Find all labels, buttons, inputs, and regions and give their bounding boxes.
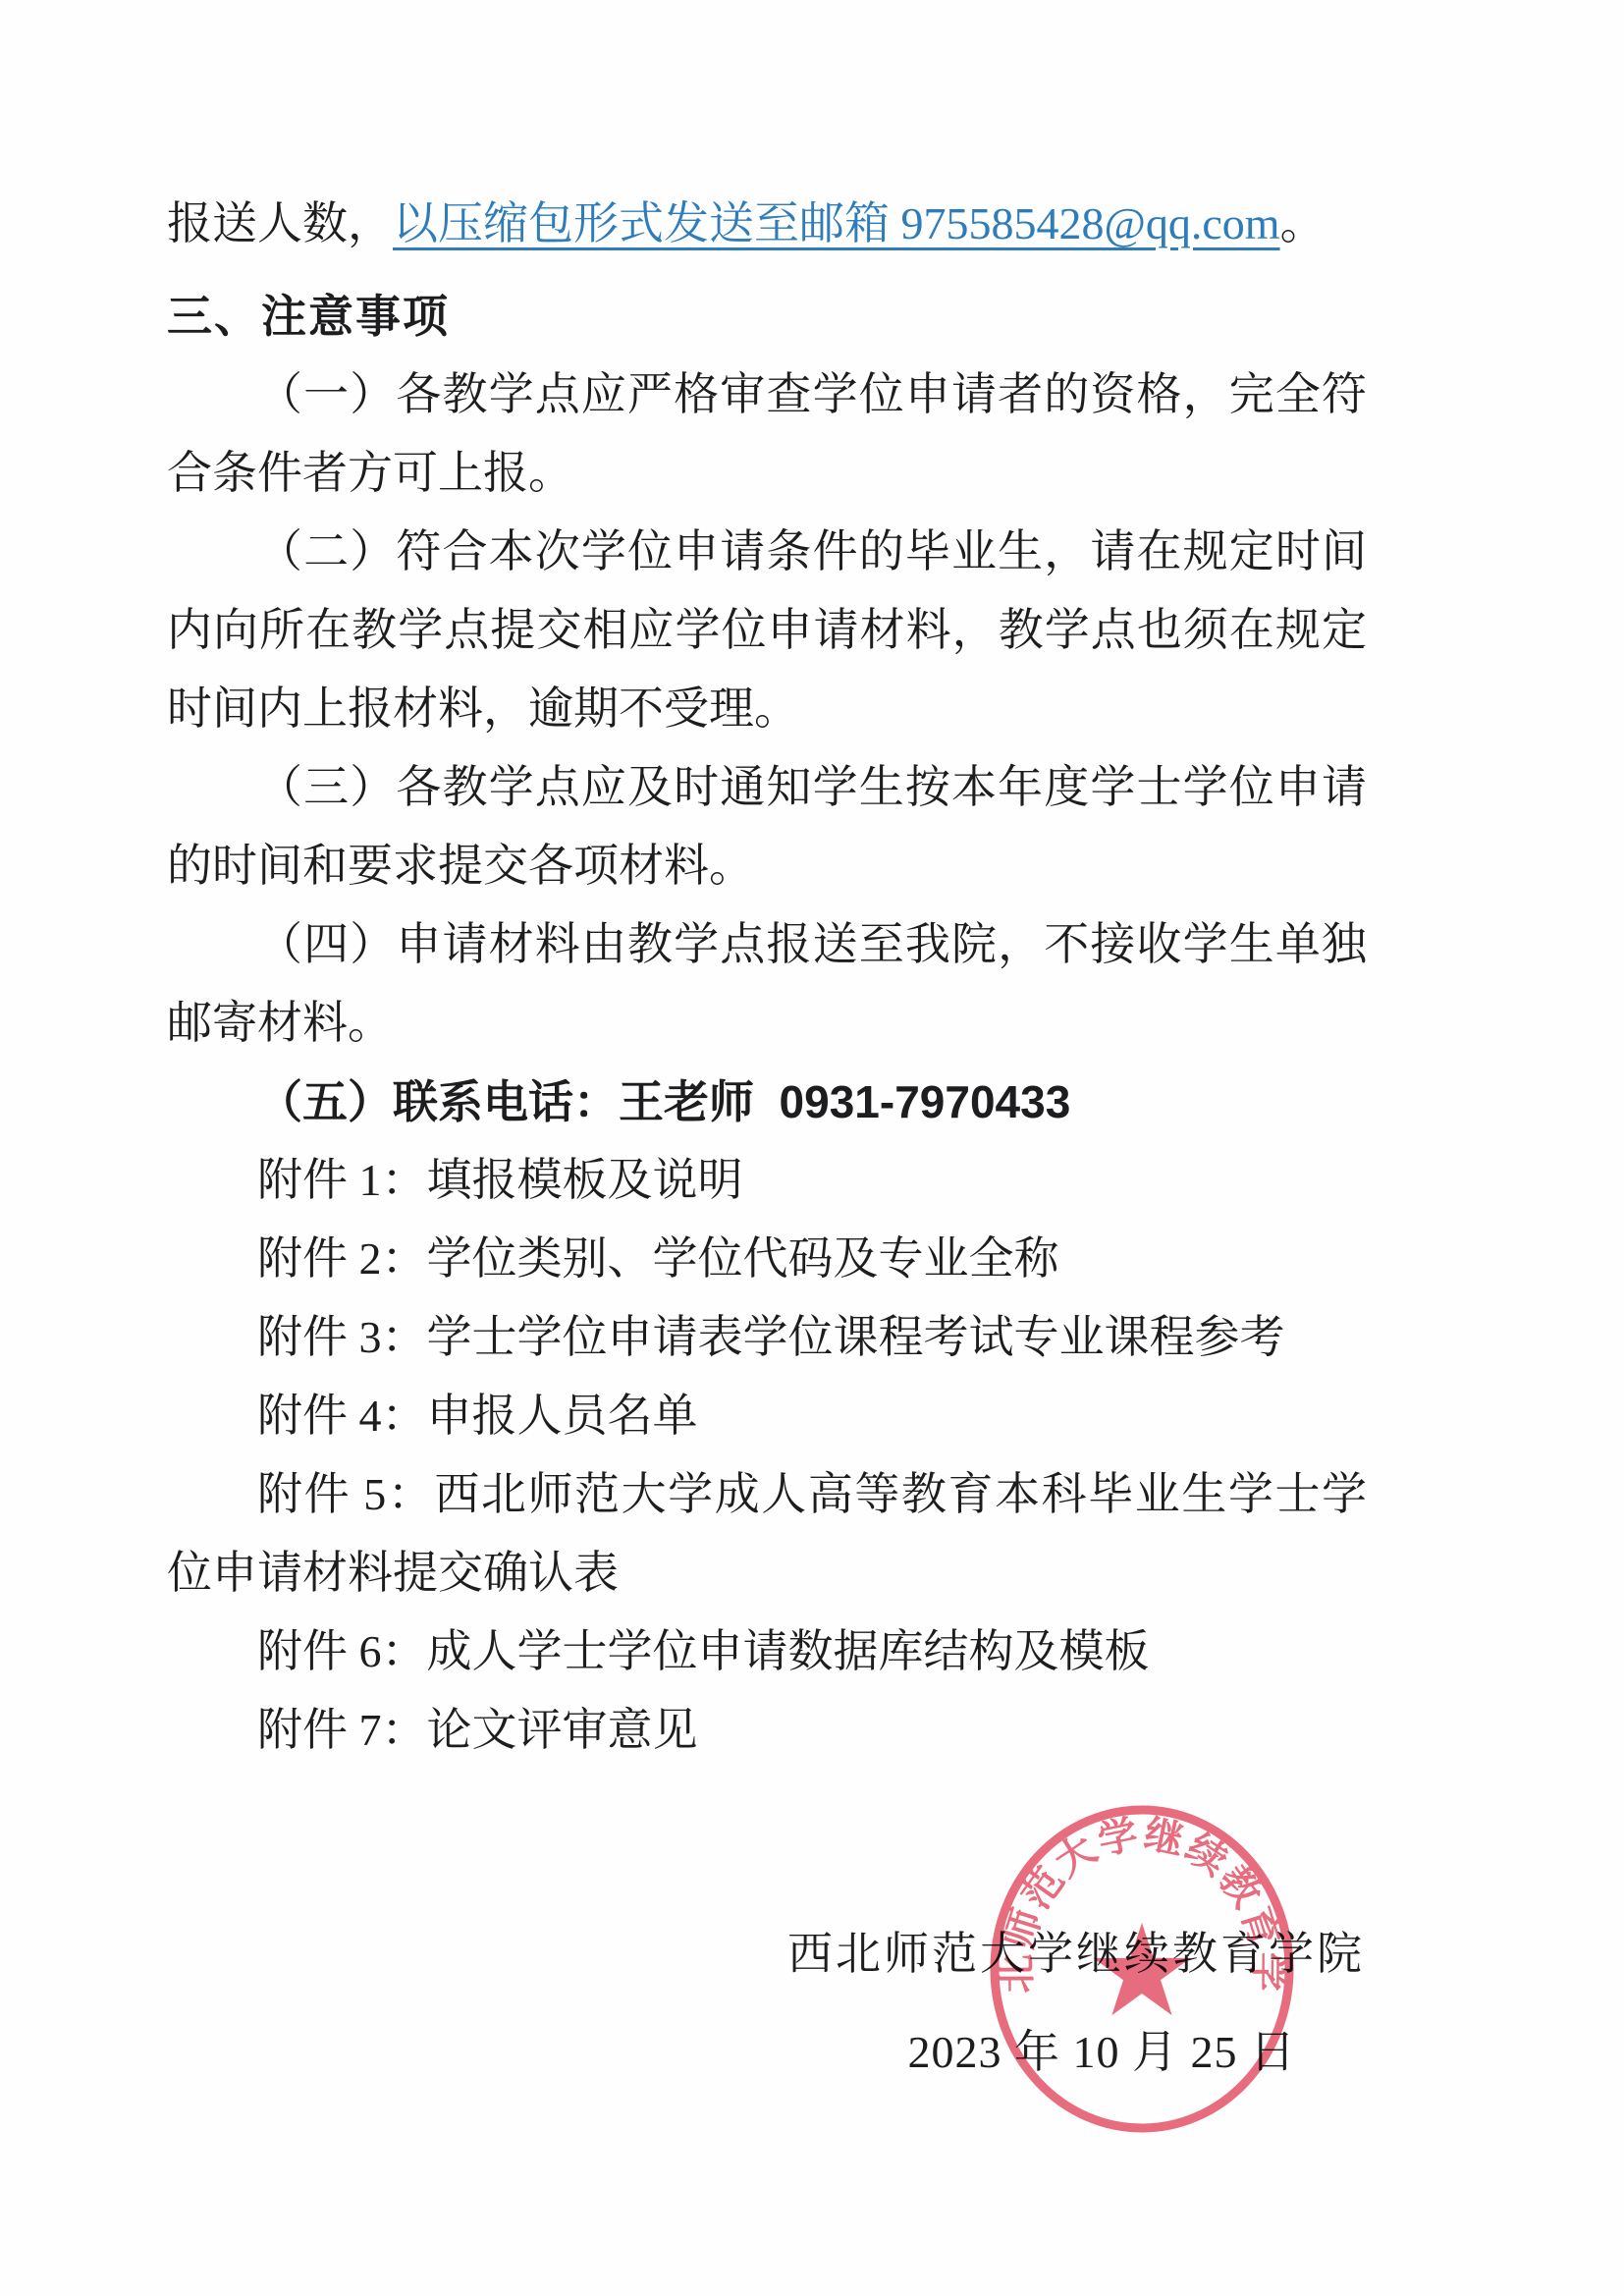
intro-prefix: 报送人数， [167, 198, 393, 248]
attachment-item-1: 附件 1：填报模板及说明 [167, 1141, 1367, 1220]
section-heading: 三、注意事项 [167, 277, 1367, 355]
attachment-item-5: 附件 5：西北师范大学成人高等教育本科毕业生学士学位申请材料提交确认表 [167, 1455, 1367, 1613]
attachment-item-6: 附件 6：成人学士学位申请数据库结构及模板 [167, 1613, 1367, 1691]
signature-block: 西北师范大学继续教育学院 2023 年 10 月 25 日 [787, 1905, 1365, 2102]
paragraph-3: （三）各教学点应及时通知学生按本年度学士学位申请的时间和要求提交各项材料。 [167, 748, 1367, 905]
paragraph-4: （四）申请材料由教学点报送至我院，不接收学生单独邮寄材料。 [167, 905, 1367, 1063]
attachment-item-4: 附件 4：申报人员名单 [167, 1377, 1367, 1455]
paragraph-1: （一）各教学点应严格审查学位申请者的资格，完全符合条件者方可上报。 [167, 355, 1367, 513]
attachment-item-3: 附件 3：学士学位申请表学位课程考试专业课程参考 [167, 1298, 1367, 1377]
intro-line: 报送人数，以压缩包形式发送至邮箱 975585428@qq.com。 [167, 185, 1367, 263]
attachment-item-2: 附件 2：学位类别、学位代码及专业全称 [167, 1220, 1367, 1298]
paragraph-2: （二）符合本次学位申请条件的毕业生，请在规定时间内向所在教学点提交相应学位申请材… [167, 513, 1367, 748]
email-link[interactable]: 以压缩包形式发送至邮箱 975585428@qq.com [393, 198, 1280, 248]
signing-organization: 西北师范大学继续教育学院 [787, 1905, 1365, 2003]
document-page: 报送人数，以压缩包形式发送至邮箱 975585428@qq.com。 三、注意事… [0, 0, 1624, 2296]
attachment-item-7: 附件 7：论文评审意见 [167, 1691, 1367, 1770]
intro-suffix: 。 [1280, 198, 1326, 248]
document-body: 报送人数，以压缩包形式发送至邮箱 975585428@qq.com。 三、注意事… [167, 185, 1367, 1770]
contact-phone-line: （五）联系电话：王老师 0931-7970433 [167, 1063, 1367, 1141]
signing-date: 2023 年 10 月 25 日 [787, 2003, 1365, 2102]
